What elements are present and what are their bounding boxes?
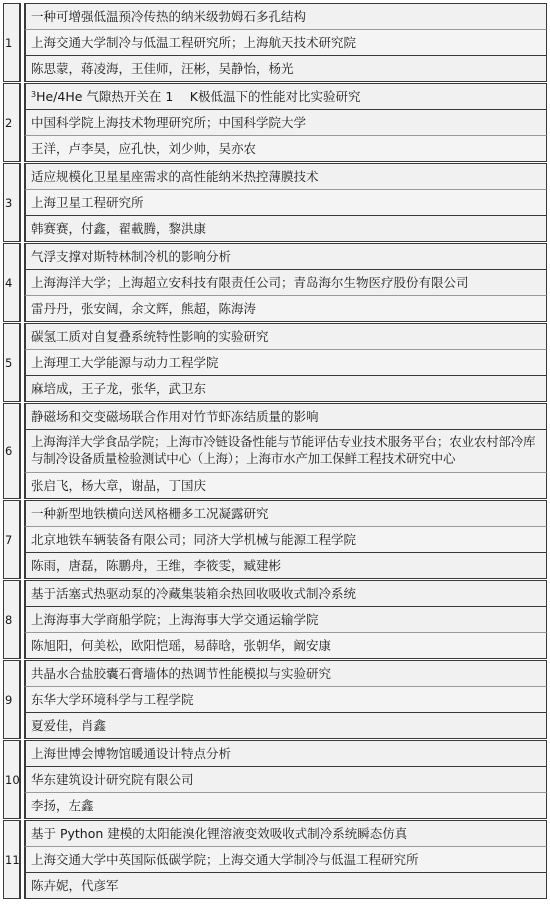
entry-affiliation: 上海交通大学制冷与低温工程研究所；上海航天技术研究院 [24, 29, 547, 56]
entry-affiliation: 上海交通大学中英国际低碳学院；上海交通大学制冷与低温工程研究所 [24, 846, 547, 873]
entry-authors: 陈思蒙，蒋凌海，王佳师，汪彬，吴静怡，杨光 [24, 55, 547, 82]
entry-title-text: He/4He 气隙热开关在 1 K极低温下的性能对比实验研究 [36, 89, 360, 104]
entry-authors: 麻培成，王子龙，张华，武卫东 [24, 375, 547, 402]
entry-7: 7 一种新型地铁横向送风格栅多工况凝露研究 北京地铁车辆装备有限公司；同济大学机… [3, 500, 547, 579]
entry-cells: 适应规模化卫星星座需求的高性能纳米热控薄膜技术 上海卫星工程研究所 韩赛赛，付鑫… [24, 163, 547, 242]
entry-number: 8 [3, 580, 21, 659]
entry-number: 3 [3, 163, 21, 242]
entry-authors: 张启飞，杨大章，谢晶，丁国庆 [24, 472, 547, 499]
entry-authors: 夏爱佳，肖鑫 [24, 712, 547, 739]
entry-title: 基于活塞式热驱动泵的冷藏集装箱余热回收吸收式制冷系统 [24, 580, 547, 607]
entry-number: 6 [3, 403, 21, 499]
entry-affiliation: 北京地铁车辆装备有限公司；同济大学机械与能源工程学院 [24, 526, 547, 553]
entry-title: 一种可增强低温预冷传热的纳米级勃姆石多孔结构 [24, 3, 547, 30]
entry-11: 11 基于 Python 建模的太阳能溴化锂溶液变效吸收式制冷系统瞬态仿真 上海… [3, 820, 547, 899]
entry-number: 9 [3, 660, 21, 739]
entry-cells: 静磁场和交变磁场联合作用对竹节虾冻结质量的影响 上海海洋大学食品学院；上海市冷链… [24, 403, 547, 499]
entry-6: 6 静磁场和交变磁场联合作用对竹节虾冻结质量的影响 上海海洋大学食品学院；上海市… [3, 403, 547, 499]
entry-title: 共晶水合盐胶囊石膏墙体的热调节性能模拟与实验研究 [24, 660, 547, 687]
entry-title: 碳氢工质对自复叠系统特性影响的实验研究 [24, 323, 547, 350]
entry-affiliation: 上海卫星工程研究所 [24, 189, 547, 216]
entry-authors: 陈雨，唐磊，陈鹏舟，王维，李筱雯，臧建彬 [24, 552, 547, 579]
entry-affiliation: 上海海事大学商船学院；上海海事大学交通运输学院 [24, 606, 547, 633]
entry-title: 一种新型地铁横向送风格栅多工况凝露研究 [24, 500, 547, 527]
entry-title: 静磁场和交变磁场联合作用对竹节虾冻结质量的影响 [24, 403, 547, 430]
entry-title: 气浮支撑对斯特林制冷机的影响分析 [24, 243, 547, 270]
entry-authors: 韩赛赛，付鑫，翟載腾，黎洪康 [24, 215, 547, 242]
entry-cells: 共晶水合盐胶囊石膏墙体的热调节性能模拟与实验研究 东华大学环境科学与工程学院 夏… [24, 660, 547, 739]
entry-title: 上海世博会博物馆暖通设计特点分析 [24, 740, 547, 767]
entry-4: 4 气浮支撑对斯特林制冷机的影响分析 上海海洋大学；上海超立安科技有限责任公司；… [3, 243, 547, 322]
entry-number: 4 [3, 243, 21, 322]
entry-number: 5 [3, 323, 21, 402]
entry-cells: 一种新型地铁横向送风格栅多工况凝露研究 北京地铁车辆装备有限公司；同济大学机械与… [24, 500, 547, 579]
entry-1: 1 一种可增强低温预冷传热的纳米级勃姆石多孔结构 上海交通大学制冷与低温工程研究… [3, 3, 547, 82]
entry-number: 7 [3, 500, 21, 579]
entry-cells: 碳氢工质对自复叠系统特性影响的实验研究 上海理工大学能源与动力工程学院 麻培成，… [24, 323, 547, 402]
entry-authors: 王洋，卢李昊，应孔快，刘少帅，吴亦农 [24, 135, 547, 162]
entry-number: 10 [3, 740, 21, 819]
entry-cells: 一种可增强低温预冷传热的纳米级勃姆石多孔结构 上海交通大学制冷与低温工程研究所；… [24, 3, 547, 82]
entry-cells: 3He/4He 气隙热开关在 1 K极低温下的性能对比实验研究 中国科学院上海技… [24, 83, 547, 162]
paper-list-table: 1 一种可增强低温预冷传热的纳米级勃姆石多孔结构 上海交通大学制冷与低温工程研究… [3, 3, 547, 899]
entry-affiliation: 华东建筑设计研究院有限公司 [24, 766, 547, 793]
entry-title: 适应规模化卫星星座需求的高性能纳米热控薄膜技术 [24, 163, 547, 190]
entry-authors: 雷丹丹，张安阔，余文辉，熊超，陈海涛 [24, 295, 547, 322]
entry-authors: 李扬，左鑫 [24, 792, 547, 819]
entry-cells: 上海世博会博物馆暖通设计特点分析 华东建筑设计研究院有限公司 李扬，左鑫 [24, 740, 547, 819]
entry-affiliation: 东华大学环境科学与工程学院 [24, 686, 547, 713]
entry-number: 1 [3, 3, 21, 82]
entry-cells: 气浮支撑对斯特林制冷机的影响分析 上海海洋大学；上海超立安科技有限责任公司；青岛… [24, 243, 547, 322]
entry-9: 9 共晶水合盐胶囊石膏墙体的热调节性能模拟与实验研究 东华大学环境科学与工程学院… [3, 660, 547, 739]
entry-8: 8 基于活塞式热驱动泵的冷藏集装箱余热回收吸收式制冷系统 上海海事大学商船学院；… [3, 580, 547, 659]
entry-authors: 陈卉妮，代彦军 [24, 872, 547, 899]
entry-title: 基于 Python 建模的太阳能溴化锂溶液变效吸收式制冷系统瞬态仿真 [24, 820, 547, 847]
entry-cells: 基于活塞式热驱动泵的冷藏集装箱余热回收吸收式制冷系统 上海海事大学商船学院；上海… [24, 580, 547, 659]
entry-affiliation: 中国科学院上海技术物理研究所；中国科学院大学 [24, 109, 547, 136]
entry-authors: 陈旭阳，何美松，欧阳恺瑶，易薛晗，张朝华，阚安康 [24, 632, 547, 659]
entry-affiliation: 上海海洋大学；上海超立安科技有限责任公司；青岛海尔生物医疗股份有限公司 [24, 269, 547, 296]
entry-5: 5 碳氢工质对自复叠系统特性影响的实验研究 上海理工大学能源与动力工程学院 麻培… [3, 323, 547, 402]
entry-3: 3 适应规模化卫星星座需求的高性能纳米热控薄膜技术 上海卫星工程研究所 韩赛赛，… [3, 163, 547, 242]
entry-2: 2 3He/4He 气隙热开关在 1 K极低温下的性能对比实验研究 中国科学院上… [3, 83, 547, 162]
entry-cells: 基于 Python 建模的太阳能溴化锂溶液变效吸收式制冷系统瞬态仿真 上海交通大… [24, 820, 547, 899]
entry-number: 2 [3, 83, 21, 162]
entry-affiliation: 上海海洋大学食品学院；上海市冷链设备性能与节能评估专业技术服务平台；农业农村部冷… [24, 429, 547, 473]
entry-title: 3He/4He 气隙热开关在 1 K极低温下的性能对比实验研究 [24, 83, 547, 110]
entry-10: 10 上海世博会博物馆暖通设计特点分析 华东建筑设计研究院有限公司 李扬，左鑫 [3, 740, 547, 819]
entry-affiliation: 上海理工大学能源与动力工程学院 [24, 349, 547, 376]
entry-number: 11 [3, 820, 21, 899]
